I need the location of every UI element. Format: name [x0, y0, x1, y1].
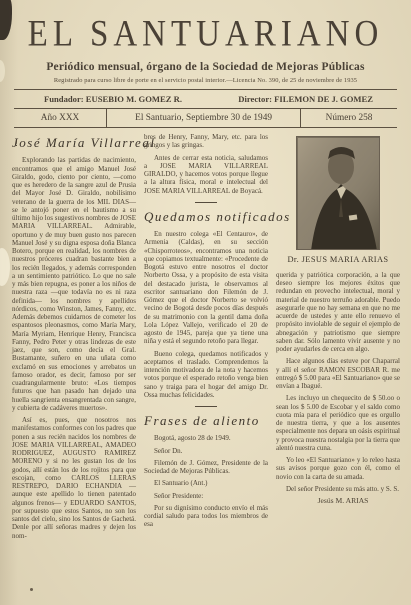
masthead: EL SANTUARIANO Periódico mensual, órgano…: [0, 0, 411, 84]
article-paragraph: bres de Henry, Fanny, Mary, etc. para lo…: [144, 133, 268, 150]
letter-signature: Jesús M. ARIAS: [276, 497, 400, 506]
photo-caption: Dr. JESUS MARIA ARIAS: [276, 255, 400, 265]
article-paragraph: Explorando las partidas de nacimiento, e…: [12, 156, 136, 412]
section-divider: [195, 202, 217, 203]
article-title-quedamos-notificados: Quedamos notificados: [144, 209, 268, 224]
article-title-villarreal: José María Villarreal: [12, 135, 136, 150]
article-paragraph: Bueno colega, quedamos notificados y ace…: [144, 350, 268, 400]
column-1: José María Villarreal Explorando las par…: [12, 133, 136, 595]
article-paragraph: Les incluyo un chequecito de $ 50.oo o s…: [276, 394, 400, 452]
article-paragraph: Así es, pues, que nosotros nos manifesta…: [12, 416, 136, 540]
scan-artifact-stray-mark: !: [15, 138, 18, 148]
column-2: bres de Henry, Fanny, Mary, etc. para lo…: [144, 133, 268, 595]
article-paragraph: querida y patriótica corporación, a la q…: [276, 271, 400, 354]
article-paragraph: Hace algunos días estuve por Chaparral y…: [276, 357, 400, 390]
letter-dateline: Bogotá, agosto 28 de 1949.: [144, 434, 268, 442]
article-title-frases-de-aliento: Frases de aliento: [144, 413, 268, 428]
article-paragraph: Del señor Presidente su más atto. y S. S…: [276, 485, 400, 493]
letter-line: El Santuario (Ant.): [144, 479, 268, 487]
place-and-date: El Santuario, Septiembre 30 de 1949: [106, 109, 301, 127]
letter-line: Por su dignísimo conducto envío el más c…: [144, 504, 268, 529]
date-bar: Año XXX El Santuario, Septiembre 30 de 1…: [14, 109, 397, 128]
column-3: Dr. JESUS MARIA ARIAS querida y patrióti…: [276, 133, 400, 595]
scan-artifact-dot: [30, 588, 33, 591]
section-divider: [195, 406, 217, 407]
founder-director-row: Fundador: EUSEBIO M. GOMEZ R. Director: …: [14, 89, 397, 109]
letter-line: Señor Presidente:: [144, 492, 268, 500]
director-credit: Director: FILEMON DE J. GOMEZ: [238, 94, 373, 104]
newspaper-title: EL SANTUARIANO: [0, 14, 411, 55]
letter-line: Señor Dn.: [144, 447, 268, 455]
article-paragraph: Antes de cerrar esta noticia, saludamos …: [144, 154, 268, 195]
article-columns: José María Villarreal Explorando las par…: [0, 128, 411, 595]
registration-notice: Registrado para curso libre de porte en …: [0, 77, 411, 84]
article-paragraph: En nuestro colega «El Centauro», de Arme…: [144, 230, 268, 346]
letter-line: Filemón de J. Gómez, Presidente de la So…: [144, 459, 268, 476]
portrait-silhouette-icon: [297, 137, 380, 250]
newspaper-subtitle: Periódico mensual, órgano de la Sociedad…: [0, 61, 411, 73]
volume-year: Año XXX: [14, 109, 106, 127]
article-paragraph: Yo leo «El Santuariano» y lo releo hasta…: [276, 456, 400, 481]
portrait-photo: [296, 136, 380, 250]
newspaper-page: EL SANTUARIANO Periódico mensual, órgano…: [0, 0, 411, 605]
issue-number: Número 258: [301, 109, 397, 127]
founder-credit: Fundador: EUSEBIO M. GOMEZ R.: [44, 94, 182, 104]
